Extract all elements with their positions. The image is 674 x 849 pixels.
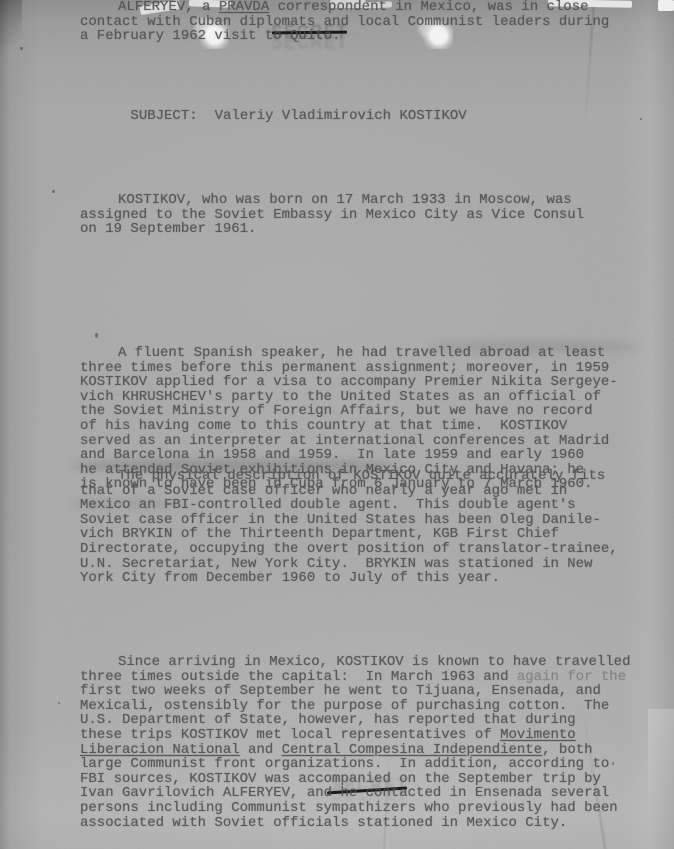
text-segment: the Soviet Ministry of Foreign Affairs, … bbox=[80, 403, 592, 419]
subject-name: Valeriy Vladimirovich KOSTIKOV bbox=[215, 108, 467, 124]
text-segment: A fluent Spanish speaker, he had travell… bbox=[118, 345, 605, 361]
text-line: on 19 September 1961. bbox=[80, 222, 660, 237]
paragraph: ALFERYEV, a PRAVDA correspondent in Mexi… bbox=[80, 0, 660, 44]
text-line: KOSTIKOV applied for a visa to accompany… bbox=[80, 375, 660, 390]
text-segment: Mexico an FBI-controlled double agent. T… bbox=[80, 497, 576, 513]
underlined-text: Movimento bbox=[500, 727, 576, 743]
text-line: KOSTIKOV, who was born on 17 March 1933 … bbox=[80, 193, 660, 208]
text-segment: of his having come to this country at th… bbox=[80, 418, 567, 434]
text-segment: these trips KOSTIKOV met local represent… bbox=[80, 727, 500, 743]
scan-artifact-streak bbox=[658, 0, 674, 11]
document-body: SUBJECT:Valeriy Vladimirovich KOSTIKOV K… bbox=[80, 0, 660, 849]
paragraph: The physical description of KOSTIKOV qui… bbox=[80, 469, 660, 586]
text-line: vich BRYKIN of the Thirteenth Department… bbox=[80, 527, 660, 542]
text-line: Directorate, occupying the overt positio… bbox=[80, 542, 660, 557]
text-segment: KOSTIKOV applied for a visa to accompany… bbox=[80, 374, 618, 390]
text-segment: Ivan Gavrilovich ALFERYEV, and he contac… bbox=[80, 785, 609, 801]
text-line: first two weeks of September he went to … bbox=[80, 684, 660, 699]
text-line: U.S. Department of State, however, has r… bbox=[80, 713, 660, 728]
text-line: large Communist front organizations. In … bbox=[80, 757, 660, 772]
text-line: U.N. Secretariat, New York City. BRYKIN … bbox=[80, 557, 660, 572]
text-line: served as an interpreter at internationa… bbox=[80, 434, 660, 449]
subject-label: SUBJECT: bbox=[130, 108, 214, 124]
text-line: ALFERYEV, a PRAVDA correspondent in Mexi… bbox=[80, 0, 660, 15]
text-line: and Barcelona in 1958 and 1959. In late … bbox=[80, 448, 660, 463]
text-segment: Since arriving in Mexico, KOSTIKOV is kn… bbox=[118, 654, 630, 670]
text-segment: KOSTIKOV, who was born on 17 March 1933 … bbox=[118, 192, 572, 208]
text-line: a February 1962 visit to Quito. bbox=[80, 29, 660, 44]
text-line: York City from December 1960 to July of … bbox=[80, 571, 660, 586]
scanned-document-page: SECRET SECRET SUBJECT:Valeriy Vladimirov… bbox=[0, 0, 674, 849]
scan-speck bbox=[52, 190, 55, 193]
text-segment: Directorate, occupying the overt positio… bbox=[80, 541, 618, 557]
text-line: three times before this permanent assign… bbox=[80, 361, 660, 376]
text-segment: York City from December 1960 to July of … bbox=[80, 570, 500, 586]
text-segment: again for the bbox=[517, 669, 626, 685]
text-segment: and Barcelona in 1958 and 1959. In late … bbox=[80, 447, 584, 463]
text-segment: persons including Communist sympathizers… bbox=[80, 800, 618, 816]
scan-speck bbox=[58, 702, 60, 704]
text-line: persons including Communist sympathizers… bbox=[80, 801, 660, 816]
text-line: Mexico an FBI-controlled double agent. T… bbox=[80, 498, 660, 513]
text-line: The physical description of KOSTIKOV qui… bbox=[80, 469, 660, 484]
text-segment: on 19 September 1961. bbox=[80, 221, 256, 237]
text-line: contact with Cuban diplomats and local C… bbox=[80, 15, 660, 30]
text-line: assigned to the Soviet Embassy in Mexico… bbox=[80, 208, 660, 223]
text-line: three times outside the capital: In Marc… bbox=[80, 670, 660, 685]
scan-corner-shadow bbox=[0, 0, 22, 64]
subject-line: SUBJECT:Valeriy Vladimirovich KOSTIKOV bbox=[80, 92, 467, 140]
text-segment: vich BRYKIN of the Thirteenth Department… bbox=[80, 526, 559, 542]
text-line: A fluent Spanish speaker, he had travell… bbox=[80, 346, 660, 361]
text-segment: first two weeks of September he went to … bbox=[80, 683, 601, 699]
text-line: of his having come to this country at th… bbox=[80, 419, 660, 434]
text-line: that of a Soviet case officer who nearly… bbox=[80, 484, 660, 499]
paragraph: Since arriving in Mexico, KOSTIKOV is kn… bbox=[80, 655, 660, 830]
text-segment: a February 1962 visit to Quito. bbox=[80, 28, 340, 44]
text-segment: large Communist front organizations. In … bbox=[80, 756, 609, 772]
text-line: these trips KOSTIKOV met local represent… bbox=[80, 728, 660, 743]
paragraph: KOSTIKOV, who was born on 17 March 1933 … bbox=[80, 193, 660, 237]
text-segment: U.S. Department of State, however, has r… bbox=[80, 712, 576, 728]
text-line: Liberacion National and Central Compesin… bbox=[80, 743, 660, 758]
text-line: the Soviet Ministry of Foreign Affairs, … bbox=[80, 404, 660, 419]
text-line: Since arriving in Mexico, KOSTIKOV is kn… bbox=[80, 655, 660, 670]
text-segment: The physical description of KOSTIKOV qui… bbox=[118, 468, 605, 484]
text-segment: associated with Soviet officials station… bbox=[80, 815, 567, 831]
text-line: Ivan Gavrilovich ALFERYEV, and he contac… bbox=[80, 786, 660, 801]
text-line: associated with Soviet officials station… bbox=[80, 816, 660, 831]
